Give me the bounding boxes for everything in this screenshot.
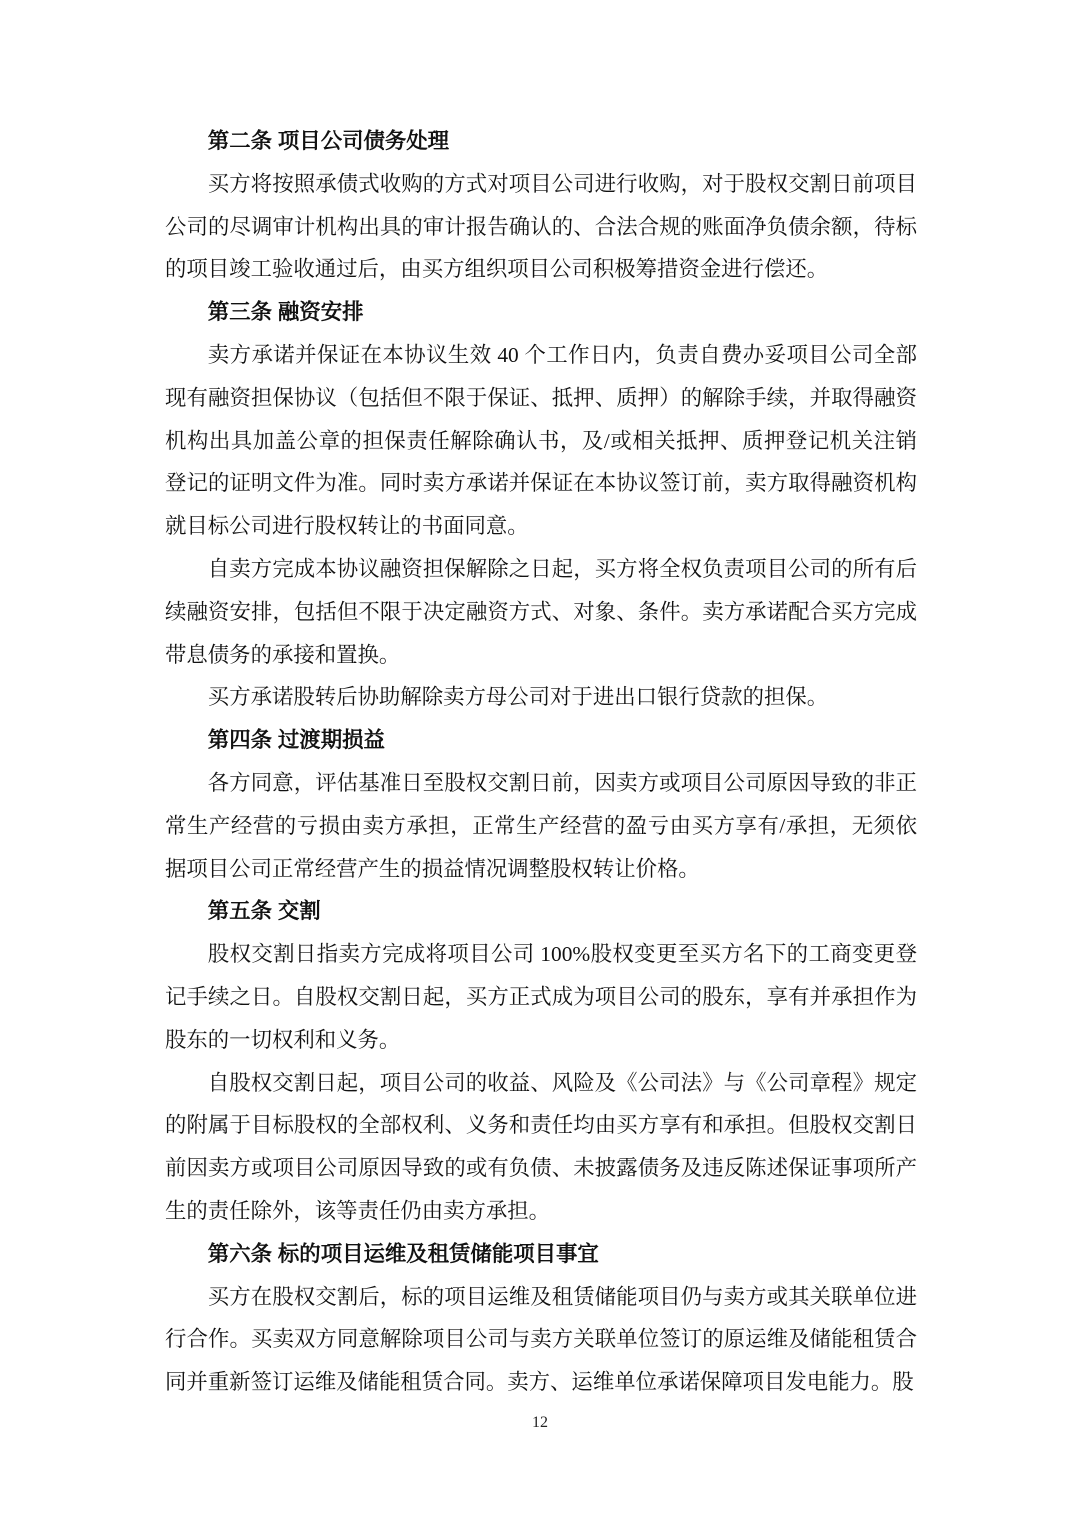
- paragraph-article-3-1: 卖方承诺并保证在本协议生效 40 个工作日内，负责自费办妥项目公司全部现有融资担…: [165, 334, 917, 548]
- paragraph-article-6-1: 买方在股权交割后，标的项目运维及租赁储能项目仍与卖方或其关联单位进行合作。买卖双…: [165, 1276, 917, 1404]
- section-heading-article-6: 第六条 标的项目运维及租赁储能项目事宜: [165, 1233, 917, 1276]
- paragraph-article-3-2: 自卖方完成本协议融资担保解除之日起，买方将全权负责项目公司的所有后续融资安排，包…: [165, 548, 917, 676]
- paragraph-article-4-1: 各方同意，评估基准日至股权交割日前，因卖方或项目公司原因导致的非正常生产经营的亏…: [165, 762, 917, 890]
- section-heading-article-2: 第二条 项目公司债务处理: [165, 120, 917, 163]
- section-heading-article-3: 第三条 融资安排: [165, 291, 917, 334]
- section-heading-article-5: 第五条 交割: [165, 890, 917, 933]
- paragraph-article-5-2: 自股权交割日起，项目公司的收益、风险及《公司法》与《公司章程》规定的附属于目标股…: [165, 1062, 917, 1233]
- document-page: 第二条 项目公司债务处理 买方将按照承债式收购的方式对项目公司进行收购，对于股权…: [0, 0, 1080, 1527]
- section-heading-article-4: 第四条 过渡期损益: [165, 719, 917, 762]
- page-number: 12: [0, 1412, 1080, 1434]
- paragraph-article-5-1: 股权交割日指卖方完成将项目公司 100%股权变更至买方名下的工商变更登记手续之日…: [165, 933, 917, 1061]
- paragraph-article-2-1: 买方将按照承债式收购的方式对项目公司进行收购，对于股权交割日前项目公司的尽调审计…: [165, 163, 917, 291]
- paragraph-article-3-3: 买方承诺股转后协助解除卖方母公司对于进出口银行贷款的担保。: [165, 676, 917, 719]
- document-body: 第二条 项目公司债务处理 买方将按照承债式收购的方式对项目公司进行收购，对于股权…: [165, 120, 917, 1404]
